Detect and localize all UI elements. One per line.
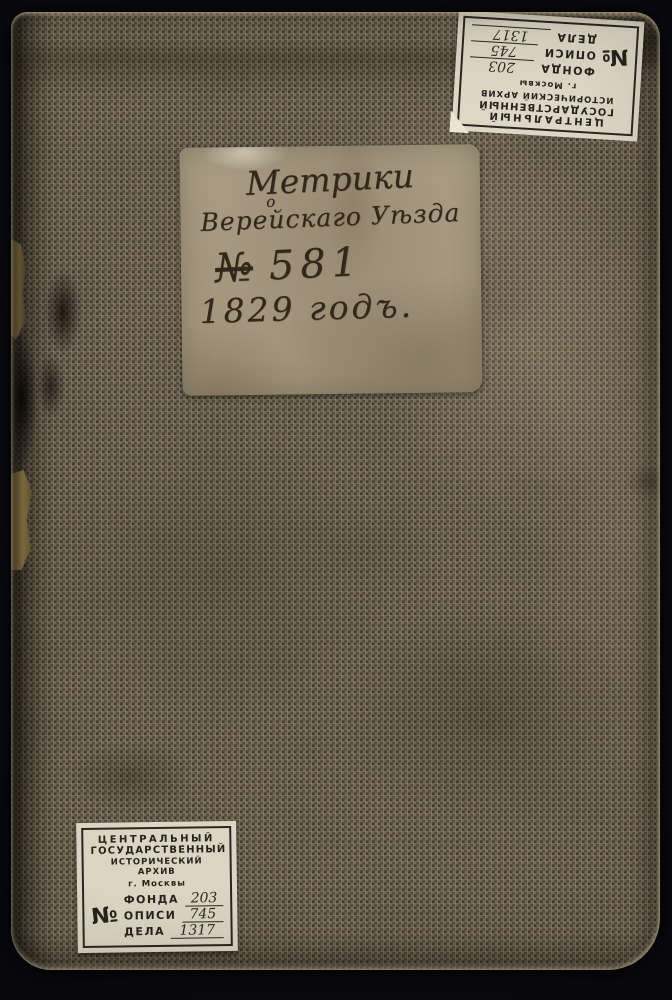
photo-background: Метрики о Верейскаго Уѣзда №581 1829 год… [0, 0, 672, 1000]
delo-label: ДЕЛА [124, 925, 165, 939]
archive-stamp-top: ЦЕНТРАЛЬНЫЙ ГОСУДАРСТВЕННЫЙ ИСТОРИЧЕСКИЙ… [452, 12, 645, 142]
title-line-4: 1829 годъ. [199, 284, 482, 331]
fond-value: 203 [469, 56, 534, 74]
fond-label: ФОНДА [539, 61, 595, 77]
stamp-border: ЦЕНТРАЛЬНЫЙ ГОСУДАРСТВЕННЫЙ ИСТОРИЧЕСКИЙ… [81, 826, 233, 948]
case-number: 581 [268, 239, 364, 289]
spine-damage-blotch [11, 332, 38, 464]
archive-org-city: г. Москвы [91, 878, 223, 890]
archive-org-line2: ГОСУДАРСТВЕННЫЙ [90, 844, 222, 857]
stamp-row-opis: ОПИСИ 745 [124, 907, 224, 922]
crossed-number-sign: № [214, 244, 254, 292]
stamp-fields: № ФОНДА 203 ОПИСИ 745 ДЕЛА 1317 [91, 891, 224, 939]
stamp-fields: № ФОНДА 203 ОПИСИ 745 ДЕЛА 1317 [469, 25, 630, 81]
archive-stamp-bottom: ЦЕНТРАЛЬНЫЙ ГОСУДАРСТВЕННЫЙ ИСТОРИЧЕСКИЙ… [76, 821, 238, 953]
opis-label: ОПИСИ [124, 909, 177, 923]
number-sign: № [601, 44, 629, 70]
opis-label: ОПИСИ [543, 46, 596, 62]
delo-value: 1317 [171, 924, 224, 939]
title-line-3: №581 [214, 234, 482, 292]
archive-org-line3: ИСТОРИЧЕСКИЙ АРХИВ [91, 856, 223, 878]
spine-fray-bottom [11, 470, 32, 570]
delo-label: ДЕЛА [556, 30, 598, 45]
spine-fray-top [11, 238, 26, 340]
stamp-row-fond: ФОНДА 203 [124, 891, 224, 906]
opis-value: 745 [182, 908, 223, 923]
number-sign: № [90, 902, 119, 930]
stamp-row-delo: ДЕЛА 1317 [124, 923, 224, 938]
fond-label: ФОНДА [124, 893, 179, 907]
title-label: Метрики о Верейскаго Уѣзда №581 1829 год… [179, 144, 482, 396]
fond-value: 203 [185, 892, 223, 907]
stamp-border: ЦЕНТРАЛЬНЫЙ ГОСУДАРСТВЕННЫЙ ИСТОРИЧЕСКИЙ… [457, 16, 639, 137]
book-cover: Метрики о Верейскаго Уѣзда №581 1829 год… [11, 12, 660, 970]
